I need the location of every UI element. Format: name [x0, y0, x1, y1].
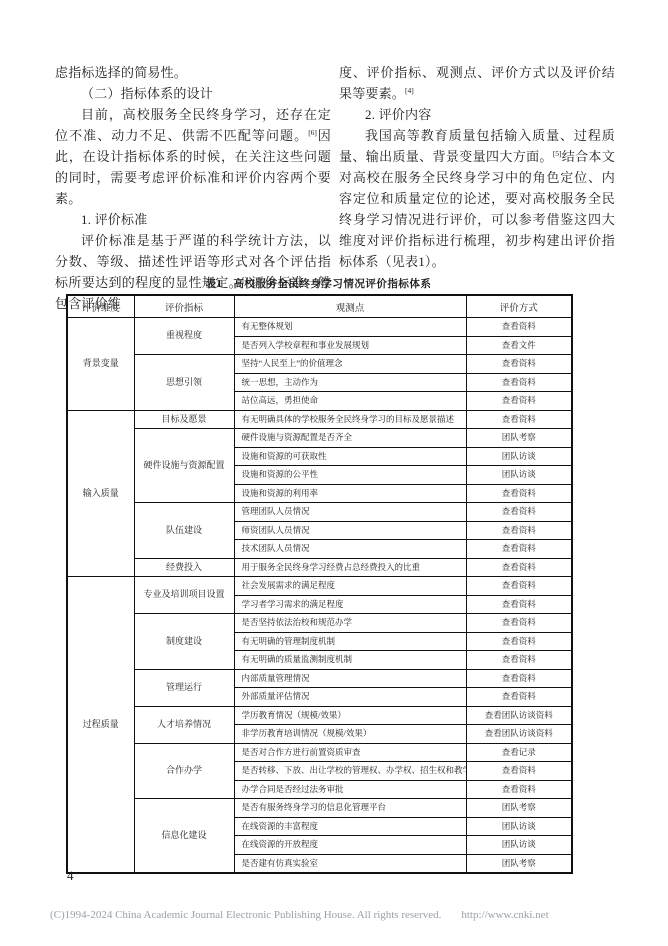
observation-cell: 外部质量评估情况: [234, 688, 466, 707]
observation-cell: 学历教育情况（规模/效果）: [234, 706, 466, 725]
table-row: 信息化建设是否有服务终身学习的信息化管理平台团队考察: [67, 799, 572, 818]
table-title: 表1 高校服务全民终身学习情况评价指标体系: [66, 276, 571, 291]
column-header-dimension: 评价维度: [67, 295, 134, 318]
method-cell: 查看资料: [466, 632, 572, 651]
indicator-cell: 信息化建设: [134, 799, 234, 874]
method-cell: 查看资料: [466, 318, 572, 337]
method-cell: 查看资料: [466, 595, 572, 614]
indicator-cell: 合作办学: [134, 743, 234, 799]
page-number: 4: [67, 868, 74, 884]
observation-cell: 在线资源的丰富程度: [234, 817, 466, 836]
observation-cell: 设施和资源的公平性: [234, 466, 466, 485]
method-cell: 查看记录: [466, 743, 572, 762]
paragraph: 虑指标选择的简易性。: [55, 62, 331, 83]
observation-cell: 设施和资源的利用率: [234, 484, 466, 503]
indicator-cell: 目标及愿景: [134, 410, 234, 429]
observation-cell: 统一思想，主动作为: [234, 373, 466, 392]
observation-cell: 社会发展需求的满足程度: [234, 577, 466, 596]
table-row: 经费投入用于服务全民终身学习经费占总经费投入的比重查看资料: [67, 558, 572, 577]
method-cell: 团队考察: [466, 799, 572, 818]
footer-url: http://www.cnki.net: [461, 909, 548, 921]
observation-cell: 是否有服务终身学习的信息化管理平台: [234, 799, 466, 818]
method-cell: 查看资料: [466, 355, 572, 374]
dimension-cell: 输入质量: [67, 410, 134, 577]
method-cell: 查看资料: [466, 521, 572, 540]
observation-cell: 在线资源的开放程度: [234, 836, 466, 855]
indicator-cell: 重视程度: [134, 318, 234, 355]
table-row: 制度建设是否坚持依法治校和规范办学查看资料: [67, 614, 572, 633]
observation-cell: 有无明确的管理制度机制: [234, 632, 466, 651]
observation-cell: 是否坚持依法治校和规范办学: [234, 614, 466, 633]
observation-cell: 用于服务全民终身学习经费占总经费投入的比重: [234, 558, 466, 577]
paragraph: 我国高等教育质量包括输入质量、过程质量、输出质量、背景变量四大方面。[5]结合本…: [339, 125, 615, 272]
method-cell: 查看资料: [466, 410, 572, 429]
text-segment: 虑指标选择的简易性。: [55, 65, 187, 80]
method-cell: 团队访谈: [466, 447, 572, 466]
observation-cell: 办学合同是否经过法务审批: [234, 780, 466, 799]
paragraph: 1. 评价标准: [55, 209, 331, 230]
method-cell: 查看资料: [466, 558, 572, 577]
table-row: 思想引领坚持“人民至上”的价值理念查看资料: [67, 355, 572, 374]
indicator-cell: 制度建设: [134, 614, 234, 670]
column-header-method: 评价方式: [466, 295, 572, 318]
dimension-cell: 过程质量: [67, 577, 134, 874]
table-row: 输入质量目标及愿景有无明确具体的学校服务全民终身学习的目标及愿景描述查看资料: [67, 410, 572, 429]
observation-cell: 有无整体规划: [234, 318, 466, 337]
table-row: 管理运行内部质量管理情况查看资料: [67, 669, 572, 688]
method-cell: 查看资料: [466, 540, 572, 559]
indicator-cell: 人才培养情况: [134, 706, 234, 743]
indicator-cell: 专业及培训项目设置: [134, 577, 234, 614]
text-segment: （二）指标体系的设计: [81, 86, 213, 101]
evaluation-table: 评价维度 评价指标 观测点 评价方式 背景变量重视程度有无整体规划查看资料是否列…: [66, 294, 573, 874]
table-row: 硬件设施与资源配置硬件设施与资源配置是否齐全团队考察: [67, 429, 572, 448]
observation-cell: 硬件设施与资源配置是否齐全: [234, 429, 466, 448]
method-cell: 团队考察: [466, 429, 572, 448]
method-cell: 查看资料: [466, 614, 572, 633]
citation-ref: [5]: [553, 149, 562, 158]
paragraph: 度、评价指标、观测点、评价方式以及评价结果等要素。[4]: [339, 62, 615, 104]
citation-ref: [4]: [405, 86, 414, 95]
text-segment: 目前，高校服务全民终身学习，还存在定位不准、动力不足、供需不匹配等问题。: [55, 107, 331, 143]
observation-cell: 非学历教育培训情况（规模/效果）: [234, 725, 466, 744]
method-cell: 查看资料: [466, 688, 572, 707]
observation-cell: 内部质量管理情况: [234, 669, 466, 688]
method-cell: 查看资料: [466, 392, 572, 411]
text-segment: 2. 评价内容: [365, 107, 431, 122]
text-segment: 结合本文对高校在服务全民终身学习中的角色定位、内容定位和质量定位的论述，要对高校…: [339, 149, 615, 269]
method-cell: 查看资料: [466, 373, 572, 392]
method-cell: 团队访谈: [466, 836, 572, 855]
citation-ref: [6]: [308, 128, 317, 137]
indicator-cell: 硬件设施与资源配置: [134, 429, 234, 503]
observation-cell: 是否对合作方进行前置资质审查: [234, 743, 466, 762]
observation-cell: 站位高远，勇担使命: [234, 392, 466, 411]
method-cell: 团队访谈: [466, 466, 572, 485]
method-cell: 查看文件: [466, 336, 572, 355]
observation-cell: 坚持“人民至上”的价值理念: [234, 355, 466, 374]
indicator-cell: 思想引领: [134, 355, 234, 411]
indicator-cell: 队伍建设: [134, 503, 234, 559]
text-segment: 1. 评价标准: [81, 212, 147, 227]
observation-cell: 管理团队人员情况: [234, 503, 466, 522]
observation-cell: 设施和资源的可获取性: [234, 447, 466, 466]
paragraph: 目前，高校服务全民终身学习，还存在定位不准、动力不足、供需不匹配等问题。[6]因…: [55, 104, 331, 209]
column-header-observation: 观测点: [234, 295, 466, 318]
table-row: 背景变量重视程度有无整体规划查看资料: [67, 318, 572, 337]
indicator-cell: 经费投入: [134, 558, 234, 577]
paragraph: （二）指标体系的设计: [55, 83, 331, 104]
table-row: 过程质量专业及培训项目设置社会发展需求的满足程度查看资料: [67, 577, 572, 596]
paragraph: 2. 评价内容: [339, 104, 615, 125]
column-header-indicator: 评价指标: [134, 295, 234, 318]
observation-cell: 是否列入学校章程和事业发展规划: [234, 336, 466, 355]
method-cell: 查看资料: [466, 651, 572, 670]
indicator-cell: 管理运行: [134, 669, 234, 706]
table-row: 合作办学是否对合作方进行前置资质审查查看记录: [67, 743, 572, 762]
observation-cell: 有无明确的质量监测制度机制: [234, 651, 466, 670]
table-container: 评价维度 评价指标 观测点 评价方式 背景变量重视程度有无整体规划查看资料是否列…: [66, 294, 571, 874]
table-row: 人才培养情况学历教育情况（规模/效果）查看团队访谈资料: [67, 706, 572, 725]
observation-cell: 学习者学习需求的满足程度: [234, 595, 466, 614]
method-cell: 团队访谈: [466, 817, 572, 836]
observation-cell: 技术团队人员情况: [234, 540, 466, 559]
observation-cell: 是否转移、下放、出让学校的管理权、办学权、招生权和教学权: [234, 762, 466, 781]
journal-page: 虑指标选择的简易性。（二）指标体系的设计目前，高校服务全民终身学习，还存在定位不…: [0, 0, 668, 946]
method-cell: 查看资料: [466, 780, 572, 799]
table-header-row: 评价维度 评价指标 观测点 评价方式: [67, 295, 572, 318]
method-cell: 查看资料: [466, 577, 572, 596]
method-cell: 查看团队访谈资料: [466, 706, 572, 725]
copyright-text: (C)1994-2024 China Academic Journal Elec…: [50, 909, 441, 921]
method-cell: 团队考察: [466, 854, 572, 873]
method-cell: 查看资料: [466, 669, 572, 688]
observation-cell: 有无明确具体的学校服务全民终身学习的目标及愿景描述: [234, 410, 466, 429]
observation-cell: 师资团队人员情况: [234, 521, 466, 540]
observation-cell: 是否建有仿真实验室: [234, 854, 466, 873]
dimension-cell: 背景变量: [67, 318, 134, 411]
footer-copyright: (C)1994-2024 China Academic Journal Elec…: [50, 909, 630, 921]
text-segment: 度、评价指标、观测点、评价方式以及评价结果等要素。: [339, 65, 615, 101]
method-cell: 查看资料: [466, 762, 572, 781]
table-row: 队伍建设管理团队人员情况查看资料: [67, 503, 572, 522]
method-cell: 查看资料: [466, 503, 572, 522]
method-cell: 查看资料: [466, 484, 572, 503]
method-cell: 查看团队访谈资料: [466, 725, 572, 744]
